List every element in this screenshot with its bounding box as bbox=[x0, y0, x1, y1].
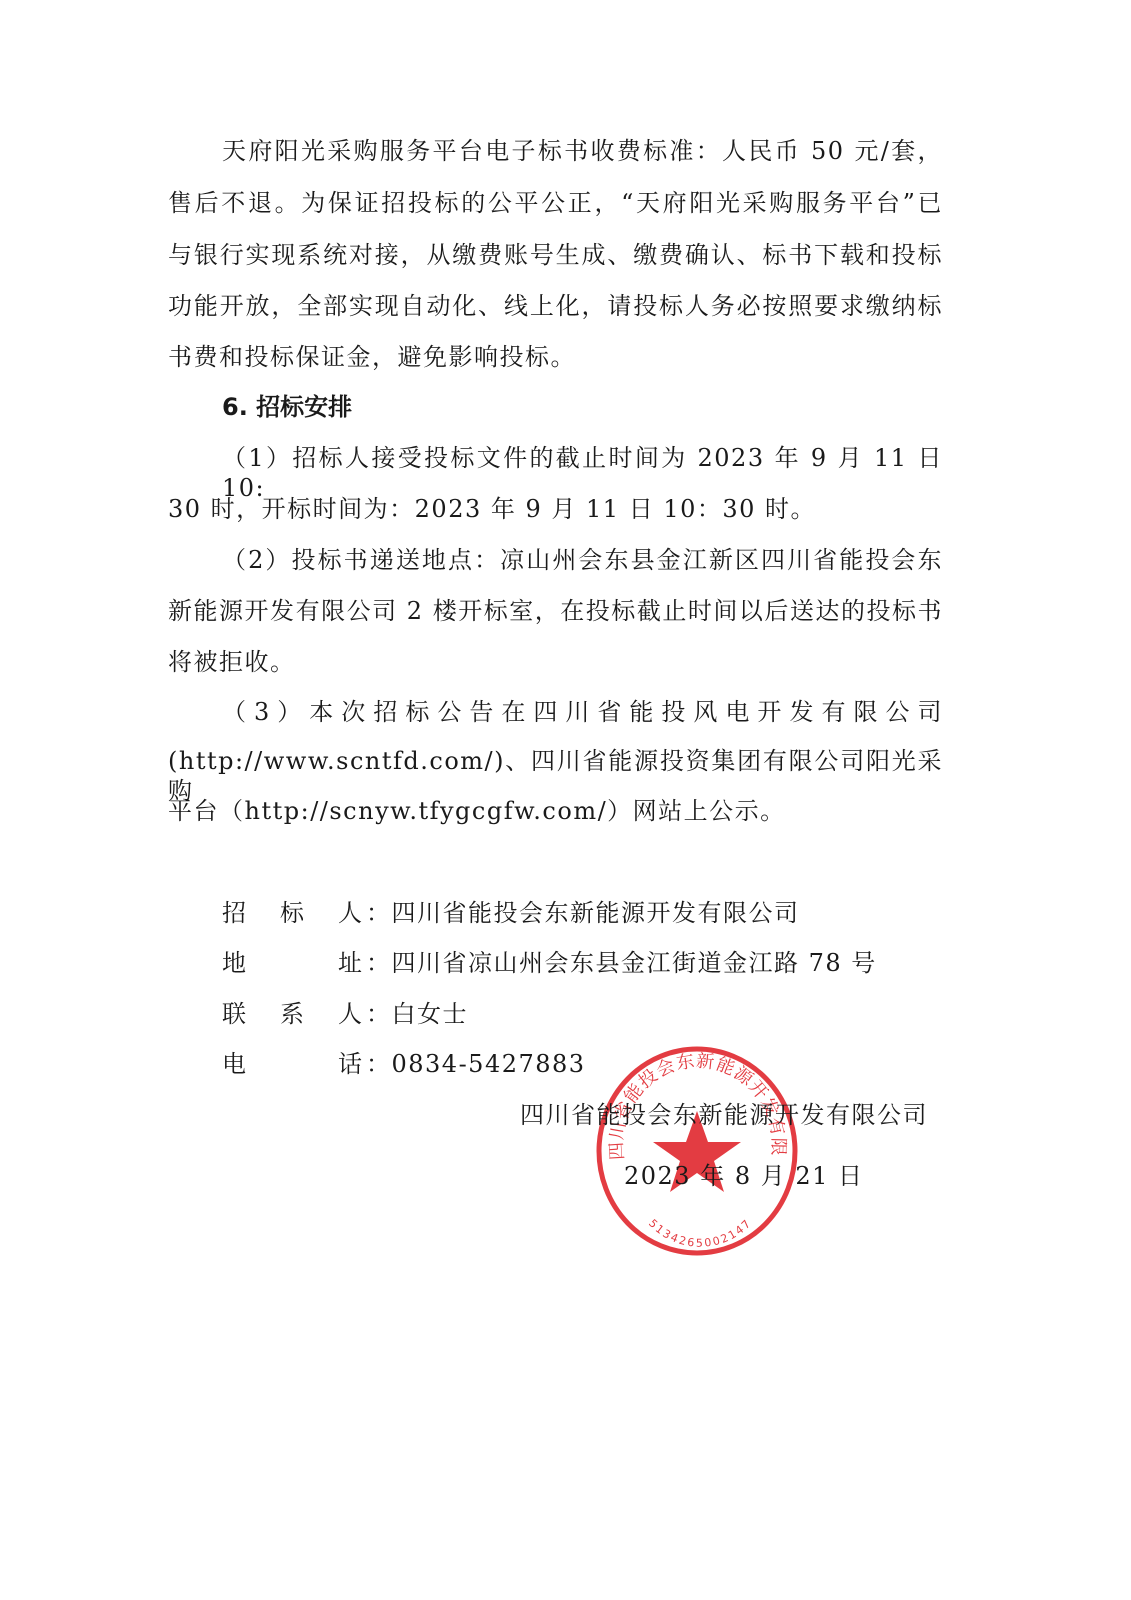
contact-address: 地 址 ：四川省凉山州会东县金江街道金江路 78 号 bbox=[222, 948, 877, 978]
signature-company: 四川省能投会东新能源开发有限公司 bbox=[520, 1100, 928, 1130]
contact-tenderer: 招 标 人 ：四川省能投会东新能源开发有限公司 bbox=[222, 898, 800, 928]
signature-date: 2023 年 8 月 21 日 bbox=[624, 1161, 864, 1191]
fee-paragraph-line-1: 天府阳光采购服务平台电子标书收费标准：人民币 50 元/套， bbox=[222, 136, 943, 166]
section-6-heading: 6. 招标安排 bbox=[222, 392, 352, 422]
label-char: 人 bbox=[338, 999, 362, 1029]
label-char: 联 bbox=[222, 999, 246, 1029]
fee-paragraph-line-4: 功能开放，全部实现自动化、线上化，请投标人务必按照要求缴纳标 bbox=[168, 291, 943, 321]
contact-value: ：四川省凉山州会东县金江街道金江路 78 号 bbox=[366, 948, 877, 978]
contact-label: 地 址 bbox=[222, 948, 362, 978]
item-2-line-1: （2）投标书递送地点：凉山州会东县金江新区四川省能投会东 bbox=[222, 545, 943, 575]
item-1-line-2: 30 时，开标时间为：2023 年 9 月 11 日 10：30 时。 bbox=[168, 494, 943, 524]
item-2-line-2: 新能源开发有限公司 2 楼开标室，在投标截止时间以后送达的投标书 bbox=[168, 596, 943, 626]
fee-paragraph-line-3: 与银行实现系统对接，从缴费账号生成、缴费确认、标书下载和投标 bbox=[168, 240, 943, 270]
contact-value: ：0834-5427883 bbox=[366, 1049, 586, 1079]
item-2-line-3: 将被拒收。 bbox=[168, 647, 943, 677]
contact-label: 电 话 bbox=[222, 1049, 362, 1079]
label-char: 系 bbox=[280, 999, 304, 1029]
item-3-line-1: （3）本次招标公告在四川省能投风电开发有限公司 bbox=[222, 697, 943, 727]
contact-value: ：白女士 bbox=[366, 999, 468, 1029]
label-char: 地 bbox=[222, 948, 246, 978]
contact-label: 招 标 人 bbox=[222, 898, 362, 928]
label-char: 电 bbox=[222, 1049, 246, 1079]
fee-paragraph-line-2: 售后不退。为保证招投标的公平公正，“天府阳光采购服务平台”已 bbox=[168, 188, 943, 218]
contact-value: ：四川省能投会东新能源开发有限公司 bbox=[366, 898, 800, 928]
contact-label: 联 系 人 bbox=[222, 999, 362, 1029]
label-char: 招 bbox=[222, 898, 246, 928]
label-char: 标 bbox=[280, 898, 304, 928]
label-char: 话 bbox=[338, 1049, 362, 1079]
fee-paragraph-line-5: 书费和投标保证金，避免影响投标。 bbox=[168, 342, 943, 372]
contact-person: 联 系 人 ：白女士 bbox=[222, 999, 468, 1029]
document-page: 天府阳光采购服务平台电子标书收费标准：人民币 50 元/套， 售后不退。为保证招… bbox=[0, 0, 1131, 1600]
label-char: 人 bbox=[338, 898, 362, 928]
official-seal-icon: 四川省能投会东新能源开发有限公司 5134265002147 bbox=[595, 1045, 800, 1257]
label-char: 址 bbox=[338, 948, 362, 978]
item-3-line-3: 平台（http://scnyw.tfygcgfw.com/）网站上公示。 bbox=[168, 796, 943, 826]
contact-phone: 电 话 ：0834-5427883 bbox=[222, 1049, 586, 1079]
